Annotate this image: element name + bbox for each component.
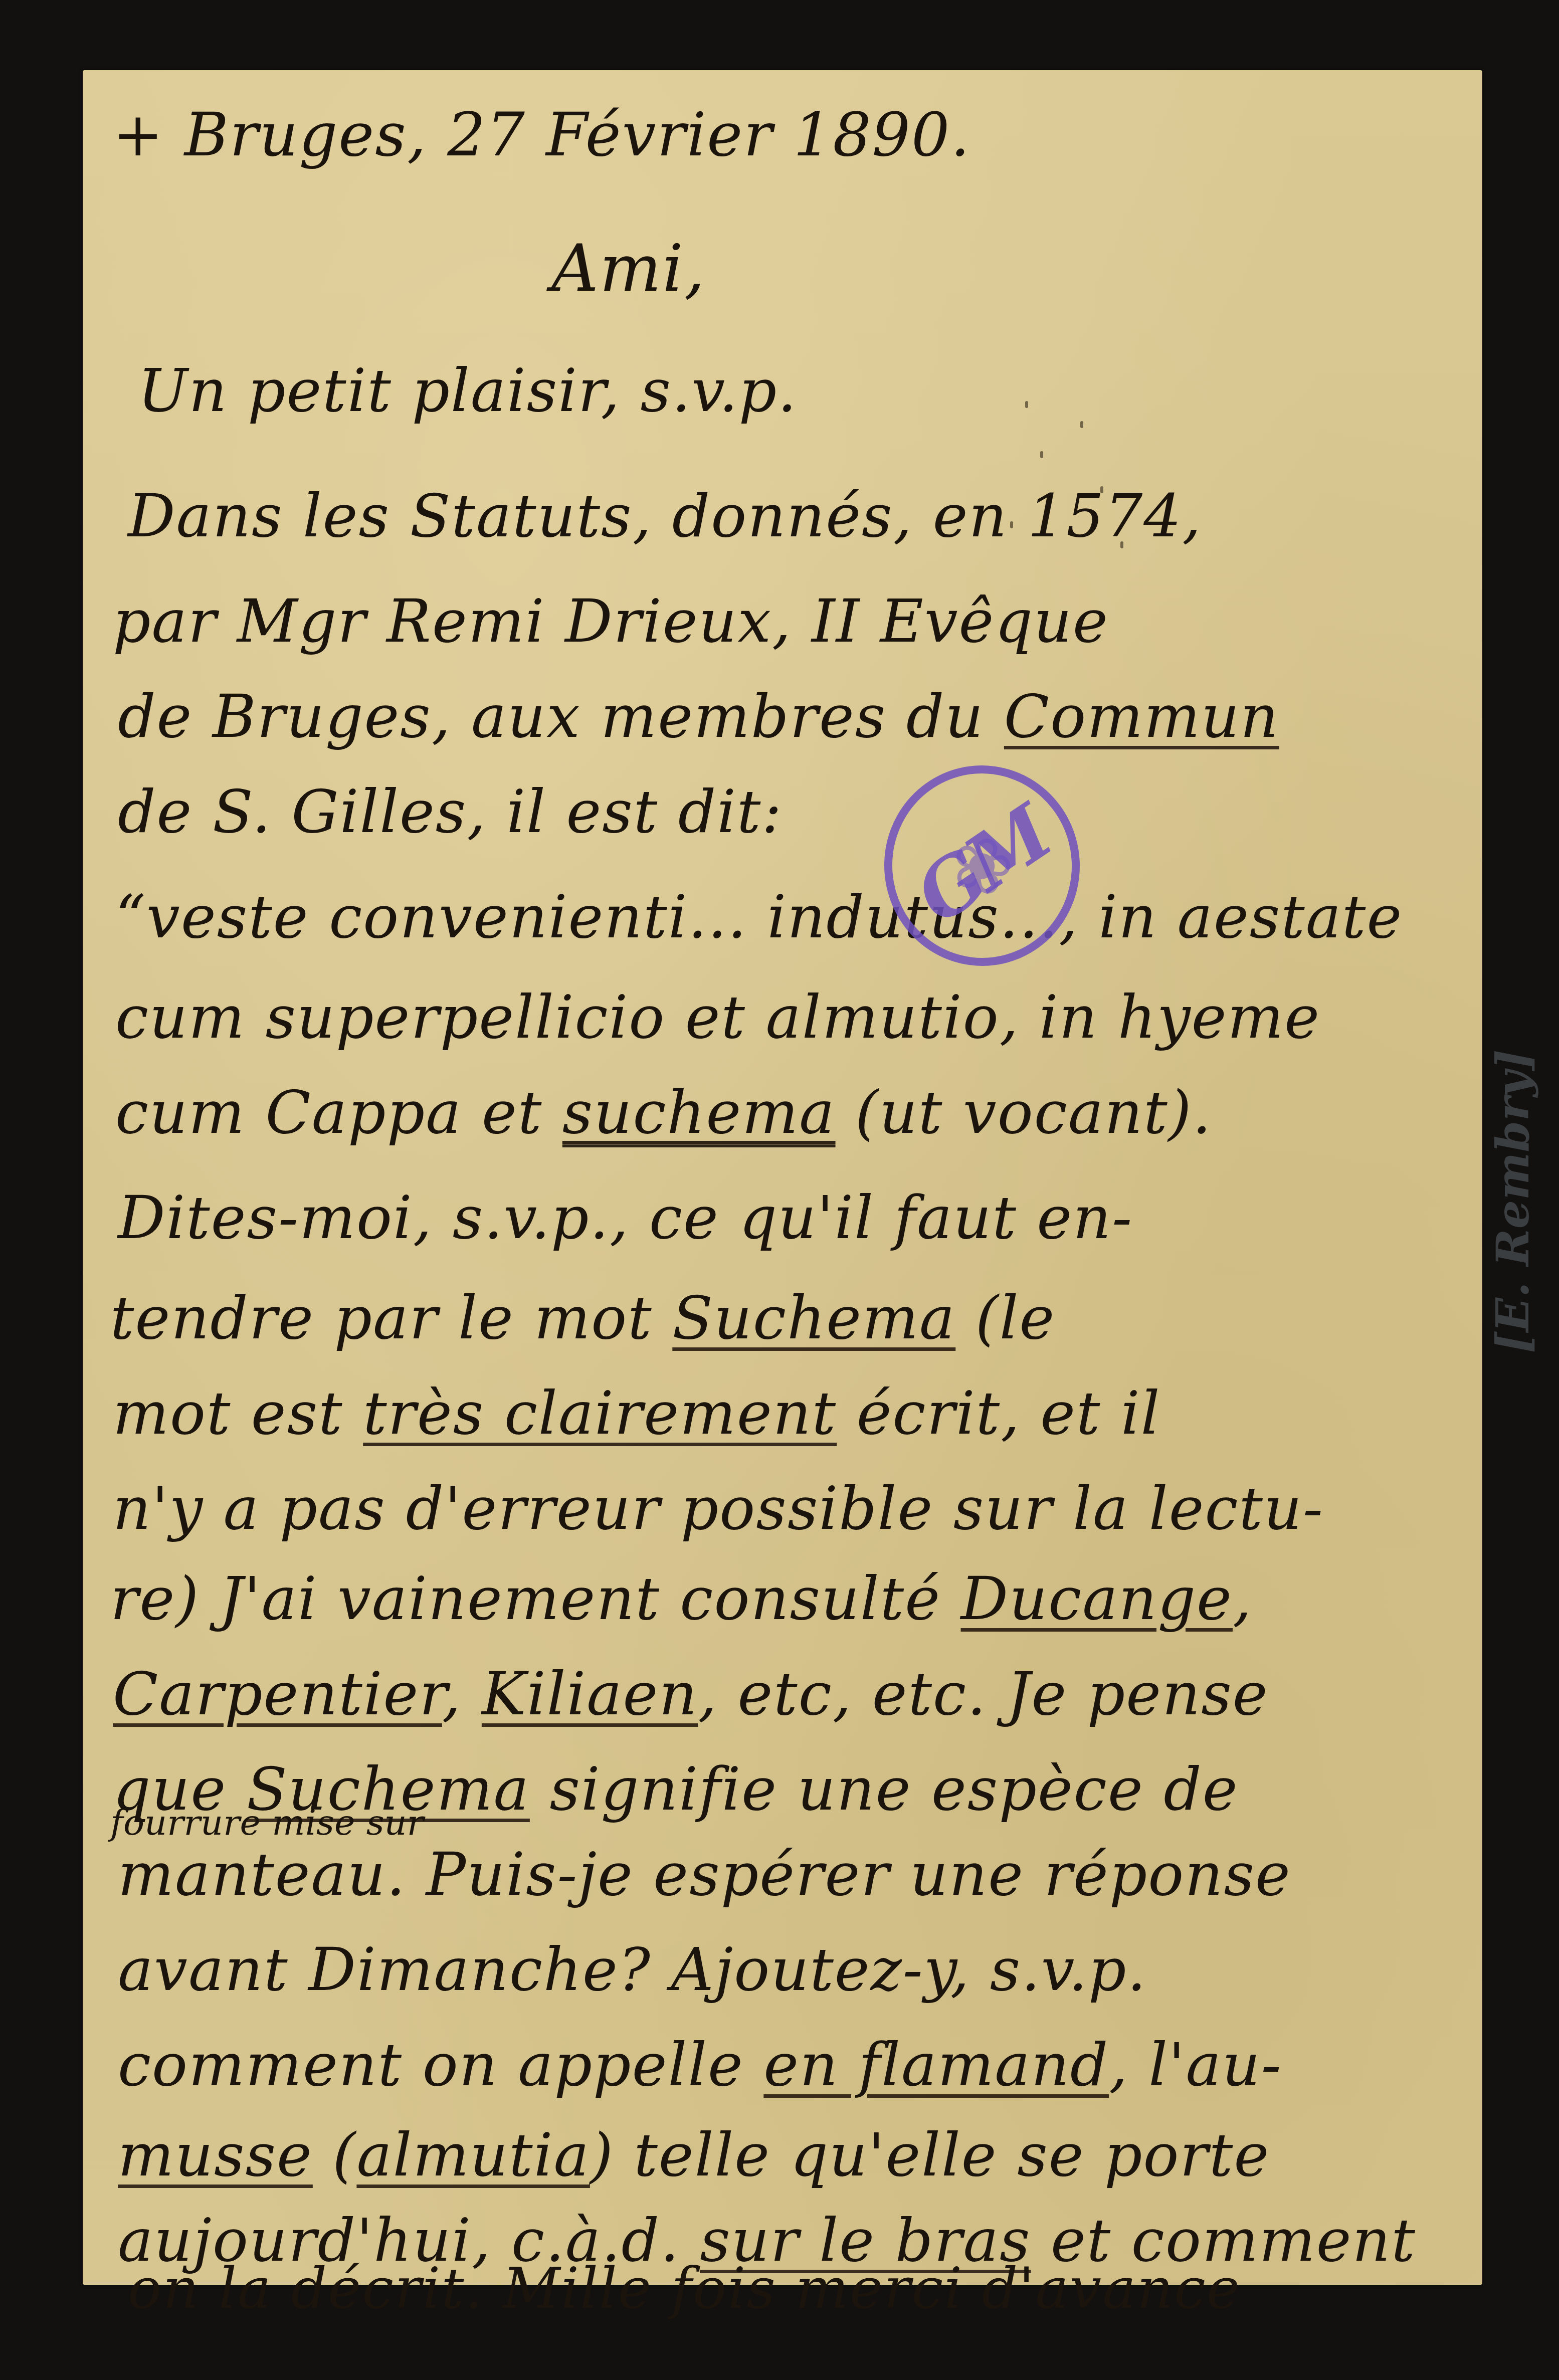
underlined-word: Commun — [1004, 682, 1279, 751]
underlined-word: Carpentier — [113, 1659, 442, 1728]
letter-line-4: de Bruges, aux membres du Commun — [118, 687, 1279, 746]
letter-line-5: de S. Gilles, il est dit: — [118, 782, 783, 841]
letter-line-10: tendre par le mot Suchema (le — [110, 1288, 1055, 1347]
letter-line-18: comment on appelle en flamand, l'au- — [118, 2035, 1282, 2094]
underlined-phrase: très clairement — [363, 1378, 837, 1448]
underlined-word: Suchema — [672, 1283, 955, 1352]
dateline: + Bruges, 27 Février 1890. — [113, 105, 970, 165]
postcard: + Bruges, 27 Février 1890. Ami, Un petit… — [83, 70, 1482, 2285]
underlined-phrase: en flamand — [763, 2030, 1109, 2099]
ink-speck — [1010, 521, 1013, 528]
letter-line-9: Dites-moi, s.v.p., ce qu'il faut en- — [118, 1188, 1133, 1247]
underlined-word: almutia — [356, 2120, 590, 2190]
letter-line-7: cum superpellicio et almutio, in hyeme — [115, 987, 1320, 1047]
ink-speck — [1080, 421, 1083, 428]
underlined-word: Ducange — [961, 1564, 1233, 1633]
letter-line-16: manteau. Puis-je espérer une réponse — [118, 1845, 1291, 1904]
letter-line-12: n'y a pas d'erreur possible sur la lectu… — [113, 1479, 1324, 1538]
ink-speck — [1025, 401, 1028, 408]
letter-line-3: par Mgr Remi Drieux, II Evêque — [113, 591, 1109, 651]
letter-line-21: on la décrit. Mille fois merci d'avance — [128, 2261, 1241, 2317]
letter-line-2: Dans les Statuts, donnés, en 1574, — [128, 486, 1202, 545]
underlined-word: musse — [118, 2120, 313, 2190]
double-underlined-word: suchema — [562, 1078, 836, 1147]
letter-line-13: re) J'ai vainement consulté Ducange, — [110, 1569, 1252, 1628]
letter-line-11: mot est très clairement écrit, et il — [113, 1383, 1160, 1443]
letter-line-8: cum Cappa et suchema (ut vocant). — [115, 1083, 1212, 1142]
salutation: Ami, — [551, 236, 706, 301]
letter-line-6: “veste convenienti... indutus..., in aes… — [115, 887, 1403, 946]
letter-line-19: musse (almutia) telle qu'elle se porte — [118, 2125, 1270, 2185]
letter-line-1: Un petit plaisir, s.v.p. — [138, 361, 798, 420]
margin-note: [E. Rembry] — [1486, 1050, 1539, 1353]
letter-line-14: Carpentier, Kiliaen, etc, etc. Je pense — [113, 1664, 1269, 1723]
ink-speck — [1120, 541, 1123, 548]
letter-line-17: avant Dimanche? Ajoutez-y, s.v.p. — [118, 1940, 1147, 1999]
ink-speck — [1040, 451, 1043, 458]
underlined-word: Kiliaen — [482, 1659, 698, 1728]
stamp-monogram: GM — [900, 790, 1064, 940]
interlinear-insertion: fourrure mise sur — [110, 1802, 424, 1843]
ink-speck — [1100, 486, 1103, 493]
